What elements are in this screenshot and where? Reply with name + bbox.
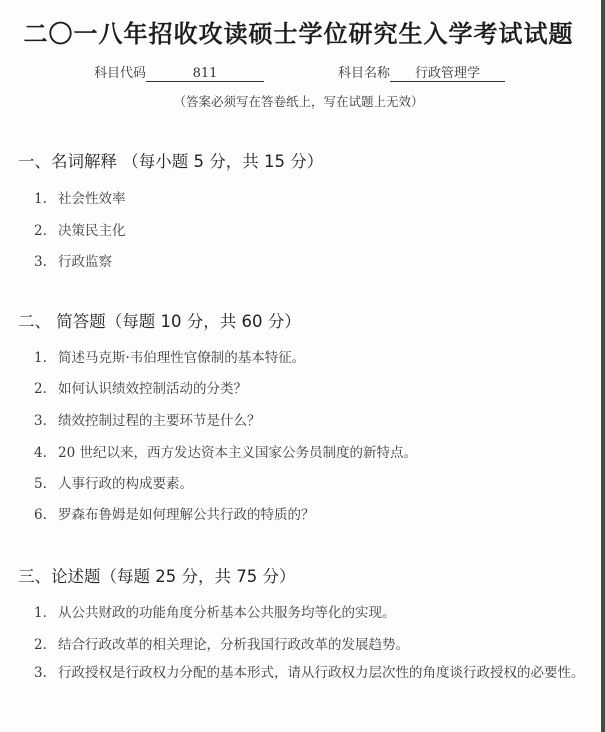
list-item: 1.社会性效率 [34,187,126,207]
list-item: 2.结合行政改革的相关理论，分析我国行政改革的发展趋势。 [34,633,409,653]
item-number: 1. [34,605,58,621]
list-item: 2.决策民主化 [34,219,126,239]
item-text: 行政授权是行政权力分配的基本形式，请从行政权力层次性的角度谈行政授权的必要性。 [58,665,585,681]
item-text: 从公共财政的功能角度分析基本公共服务均等化的实现。 [58,605,396,621]
list-item: 4.20 世纪以来，西方发达资本主义国家公务员制度的新特点。 [34,441,417,461]
item-text: 绩效控制过程的主要环节是什么？ [58,413,261,429]
item-text: 罗森布鲁姆是如何理解公共行政的特质的？ [58,507,315,523]
answer-instruction-note: （答案必须写在答卷纸上，写在试题上无效） [0,92,597,110]
item-number: 6. [34,507,58,523]
item-number: 1. [34,350,58,366]
item-number: 1. [34,191,58,207]
item-text: 如何认识绩效控制活动的分类？ [58,381,247,397]
subject-code-group: 科目代码811 [94,62,264,82]
subject-name-value: 行政管理学 [390,67,505,82]
list-item: 1.简述马克斯·韦伯理性官僚制的基本特征。 [34,346,305,366]
item-text: 20 世纪以来，西方发达资本主义国家公务员制度的新特点。 [58,445,417,461]
item-number: 3. [34,658,58,688]
subject-code-value: 811 [146,67,264,82]
list-item: 6.罗森布鲁姆是如何理解公共行政的特质的？ [34,503,315,523]
section-heading-essay: 三、论述题（每题 25 分，共 75 分） [18,563,295,587]
item-text: 行政监察 [58,254,112,270]
item-text: 决策民主化 [58,223,126,239]
list-item: 5.人事行政的构成要素。 [34,472,193,492]
subject-code-label: 科目代码 [94,66,146,81]
item-number: 3. [34,254,58,270]
scan-edge [601,0,605,732]
item-number: 2. [34,381,58,397]
item-text: 社会性效率 [58,191,126,207]
item-number: 2. [34,637,58,653]
list-item: 1.从公共财政的功能角度分析基本公共服务均等化的实现。 [34,601,396,621]
item-text: 简述马克斯·韦伯理性官僚制的基本特征。 [58,350,305,366]
list-item: 3.绩效控制过程的主要环节是什么？ [34,409,261,429]
subject-name-label: 科目名称 [338,66,390,81]
exam-title: 二〇一八年招收攻读硕士学位研究生入学考试试题 [0,14,597,49]
list-item: 2.如何认识绩效控制活动的分类？ [34,377,247,397]
item-number: 3. [34,413,58,429]
list-item: 3.行政授权是行政权力分配的基本形式，请从行政权力层次性的角度谈行政授权的必要性… [16,658,588,688]
item-text: 结合行政改革的相关理论，分析我国行政改革的发展趋势。 [58,637,409,653]
subject-name-group: 科目名称行政管理学 [338,62,505,82]
section-heading-terms: 一、名词解释 （每小题 5 分，共 15 分） [18,148,323,172]
item-number: 5. [34,476,58,492]
item-number: 2. [34,223,58,239]
item-number: 4. [34,445,58,461]
section-heading-short-answer: 二、 简答题（每题 10 分，共 60 分） [18,308,301,332]
list-item: 3.行政监察 [34,250,112,270]
item-text: 人事行政的构成要素。 [58,476,193,492]
exam-page: 二〇一八年招收攻读硕士学位研究生入学考试试题 科目代码811 科目名称行政管理学… [0,0,601,732]
